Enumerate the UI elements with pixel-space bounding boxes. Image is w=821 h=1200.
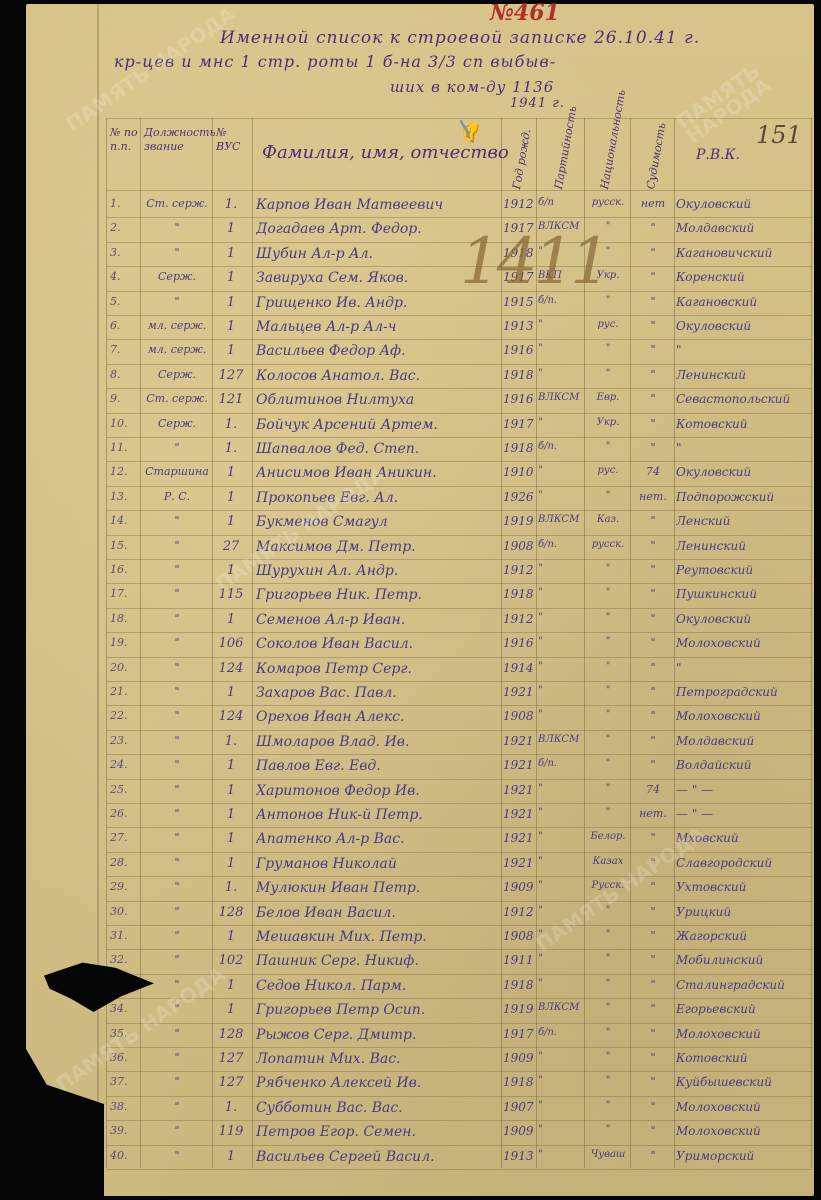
cell-num: 37.: [110, 1075, 140, 1088]
table-row: 40."1Васильев Сергей Васил.1913"Чуваш"Ур…: [106, 1146, 812, 1170]
cell-name: Шурухин Ал. Андр.: [256, 563, 501, 579]
cell-rvk: Окуловский: [676, 197, 810, 211]
header-rvk: Р.В.К.: [696, 148, 740, 162]
cell-name: Комаров Петр Серг.: [256, 661, 501, 677]
table-row: 17."115Григорьев Ник. Петр.1918"""Пушкин…: [106, 584, 812, 608]
page-fold: [97, 4, 99, 1196]
cell-party: ": [538, 563, 584, 574]
cell-num: 20.: [110, 661, 140, 674]
cell-num: 23.: [110, 734, 140, 747]
cell-name: Анисимов Иван Аникин.: [256, 465, 501, 481]
table-row: 33."1Седов Никол. Парм.1918"""Сталинград…: [106, 975, 812, 999]
cell-conv: нет.: [632, 807, 674, 820]
table-row: 12.Старшина1Анисимов Иван Аникин.1910"ру…: [106, 462, 812, 486]
header-rank: Должность звание: [144, 126, 210, 154]
table-row: 26."1Антонов Ник-й Петр.1921""нет.— " —: [106, 804, 812, 828]
table-row: 37."127Рябченко Алексей Ив.1918"""Куйбыш…: [106, 1072, 812, 1096]
cell-num: 5.: [110, 295, 140, 308]
cell-vus: 1: [214, 807, 248, 822]
cell-vus: 1: [214, 221, 248, 236]
cell-year: 1912: [503, 612, 537, 626]
header-conviction: Судимость: [644, 122, 669, 191]
cell-vus: 124: [214, 661, 248, 676]
table-row: 23."1.Шмоларов Влад. Ив.1921ВЛКСМ""Молда…: [106, 731, 812, 755]
cell-nat: ": [586, 1027, 630, 1038]
cell-name: Апатенко Ал-р Вас.: [256, 831, 501, 847]
cell-name: Субботин Вас. Вас.: [256, 1100, 501, 1116]
cell-party: ": [538, 417, 584, 428]
cell-rvk: Котовский: [676, 417, 810, 431]
table-row: 2."1Догадаев Арт. Федор.1917ВЛКСМ""Молда…: [106, 218, 812, 242]
table-row: 5."1Грищенко Ив. Андр.1915б/п.""Кагановс…: [106, 292, 812, 316]
cell-vus: 1: [214, 1002, 248, 1017]
cell-nat: ": [586, 441, 630, 452]
cell-party: ": [538, 685, 584, 696]
table-row: 30."128Белов Иван Васил.1912"""Урицкий: [106, 902, 812, 926]
cell-vus: 1: [214, 295, 248, 310]
cell-rank: ": [142, 1124, 212, 1137]
cell-nat: ": [586, 612, 630, 623]
stamp-number: №461: [490, 0, 560, 26]
cell-party: б/п.: [538, 1027, 584, 1038]
cell-name: Мальцев Ал-р Ал-ч: [256, 319, 501, 335]
cell-rank: ": [142, 1051, 212, 1064]
cell-party: ": [538, 807, 584, 818]
cell-conv: ": [632, 587, 674, 600]
cell-num: 11.: [110, 441, 140, 454]
cell-name: Облитинов Нилтуха: [256, 392, 501, 408]
cell-conv: нет.: [632, 490, 674, 503]
cell-num: 16.: [110, 563, 140, 576]
cell-year: 1909: [503, 880, 537, 894]
cell-name: Захаров Вас. Павл.: [256, 685, 501, 701]
cell-rank: ": [142, 929, 212, 942]
cell-party: ": [538, 343, 584, 354]
cell-rank: ": [142, 514, 212, 527]
cell-conv: ": [632, 880, 674, 893]
cell-name: Антонов Ник-й Петр.: [256, 807, 501, 823]
cell-num: 19.: [110, 636, 140, 649]
cell-rank: ": [142, 636, 212, 649]
cell-rank: ": [142, 758, 212, 771]
cell-num: 22.: [110, 709, 140, 722]
cell-conv: ": [632, 392, 674, 405]
cell-vus: 1: [214, 246, 248, 261]
cell-nat: ": [586, 905, 630, 916]
cell-year: 1918: [503, 368, 537, 382]
cell-rank: ": [142, 783, 212, 796]
cell-num: 14.: [110, 514, 140, 527]
cell-rvk: Урицкий: [676, 905, 810, 919]
cell-vus: 1.: [214, 441, 248, 456]
table-row: 32."102Пашник Серг. Никиф.1911"""Мобилин…: [106, 950, 812, 974]
cell-party: ": [538, 1100, 584, 1111]
cell-party: ": [538, 880, 584, 891]
cell-conv: ": [632, 270, 674, 283]
cell-rank: ": [142, 441, 212, 454]
table-row: 6.мл. серж.1Мальцев Ал-р Ал-ч1913"рус."О…: [106, 316, 812, 340]
cell-rank: ": [142, 612, 212, 625]
cell-num: 7.: [110, 343, 140, 356]
cell-party: б/п.: [538, 758, 584, 769]
table-row: 21."1Захаров Вас. Павл.1921"""Петроградс…: [106, 682, 812, 706]
cell-year: 1913: [503, 319, 537, 333]
cell-nat: ": [586, 953, 630, 964]
cell-nat: русск.: [586, 539, 630, 550]
cell-conv: ": [632, 1124, 674, 1137]
cell-num: 29.: [110, 880, 140, 893]
cell-name: Груманов Николай: [256, 856, 501, 872]
cell-rvk: Ленский: [676, 514, 810, 528]
cell-party: ": [538, 953, 584, 964]
cell-name: Васильев Федор Аф.: [256, 343, 501, 359]
cell-nat: ": [586, 661, 630, 672]
cell-name: Карпов Иван Матвеевич: [256, 197, 501, 213]
cell-rank: мл. серж.: [142, 343, 212, 356]
cell-name: Петров Егор. Семен.: [256, 1124, 501, 1140]
cell-nat: русск.: [586, 197, 630, 208]
header-year: Год рожд.: [510, 128, 534, 191]
cell-year: 1921: [503, 758, 537, 772]
cell-name: Мулюкин Иван Петр.: [256, 880, 501, 896]
cell-rvk: Подпорожский: [676, 490, 810, 504]
cell-vus: 1: [214, 563, 248, 578]
cell-num: 6.: [110, 319, 140, 332]
cell-year: 1909: [503, 1124, 537, 1138]
table-row: 16."1Шурухин Ал. Андр.1912"""Реутовский: [106, 560, 812, 584]
cell-vus: 1.: [214, 1100, 248, 1115]
cell-rank: ": [142, 953, 212, 966]
cell-vus: 27: [214, 539, 248, 554]
cell-rank: ": [142, 685, 212, 698]
cell-conv: 74: [632, 783, 674, 796]
cell-name: Орехов Иван Алекс.: [256, 709, 501, 725]
table-row: 24."1Павлов Евг. Евд.1921б/п.""Волдайски…: [106, 755, 812, 779]
cell-vus: 1: [214, 685, 248, 700]
cell-vus: 1: [214, 490, 248, 505]
cell-rvk: Молоховский: [676, 1124, 810, 1138]
cell-year: 1914: [503, 661, 537, 675]
cell-party: ": [538, 1051, 584, 1062]
cell-vus: 1: [214, 783, 248, 798]
cell-name: Рябченко Алексей Ив.: [256, 1075, 501, 1091]
cell-year: 1921: [503, 807, 537, 821]
cell-conv: ": [632, 978, 674, 991]
cell-rvk: Кагановичский: [676, 246, 810, 260]
cell-nat: ": [586, 343, 630, 354]
cell-rank: Р. С.: [142, 490, 212, 503]
cell-conv: ": [632, 539, 674, 552]
table-row: 31."1Мешавкин Мих. Петр.1908"""Жагорский: [106, 926, 812, 950]
cell-rvk: Ухтовский: [676, 880, 810, 894]
cell-party: б/п: [538, 197, 584, 208]
cell-name: Пашник Серг. Никиф.: [256, 953, 501, 969]
cell-year: 1907: [503, 1100, 537, 1114]
cell-year: 1921: [503, 783, 537, 797]
cell-nat: Каз.: [586, 514, 630, 525]
table-row: 22."124Орехов Иван Алекс.1908"""Молоховс…: [106, 706, 812, 730]
cell-rvk: Кагановский: [676, 295, 810, 309]
cell-year: 1921: [503, 831, 537, 845]
cell-nat: Укр.: [586, 417, 630, 428]
cell-conv: ": [632, 368, 674, 381]
cell-conv: ": [632, 636, 674, 649]
cell-nat: ": [586, 563, 630, 574]
cell-year: 1908: [503, 929, 537, 943]
cell-rank: ": [142, 295, 212, 308]
table-row: 38."1.Субботин Вас. Вас.1907"""Молоховск…: [106, 1097, 812, 1121]
cell-year: 1921: [503, 734, 537, 748]
cell-num: 4.: [110, 270, 140, 283]
cell-rank: ": [142, 978, 212, 991]
cell-rank: ": [142, 1149, 212, 1162]
cell-rank: Ст. серж.: [142, 197, 212, 210]
cell-name: Прокопьев Евг. Ал.: [256, 490, 501, 506]
cell-year: 1918: [503, 587, 537, 601]
cell-rvk: Молдавский: [676, 734, 810, 748]
cell-rvk: Котовский: [676, 1051, 810, 1065]
cell-rvk: Молоховский: [676, 1100, 810, 1114]
cell-rvk: Уриморский: [676, 1149, 810, 1163]
table-row: 10.Серж.1.Бойчук Арсений Артем.1917"Укр.…: [106, 414, 812, 438]
cell-rvk: Коренский: [676, 270, 810, 284]
cell-vus: 1: [214, 831, 248, 846]
cell-nat: ": [586, 587, 630, 598]
cell-vus: 1: [214, 465, 248, 480]
cell-name: Соколов Иван Васил.: [256, 636, 501, 652]
cell-party: ": [538, 1124, 584, 1135]
table-row: 28."1Груманов Николай1921"Казах"Славгоро…: [106, 853, 812, 877]
cell-vus: 1: [214, 1149, 248, 1164]
cell-conv: ": [632, 905, 674, 918]
table-row: 39."119Петров Егор. Семен.1909"""Молохов…: [106, 1121, 812, 1145]
cell-year: 1908: [503, 539, 537, 553]
cell-num: 1.: [110, 197, 140, 210]
cell-year: 1913: [503, 1149, 537, 1163]
cell-conv: ": [632, 1051, 674, 1064]
cell-nat: Казах: [586, 856, 630, 867]
cell-num: 39.: [110, 1124, 140, 1137]
cell-rank: ": [142, 1027, 212, 1040]
cell-name: Бойчук Арсений Артем.: [256, 417, 501, 433]
cell-rank: Ст. серж.: [142, 392, 212, 405]
header-line-2: кр-цев и мнс 1 стр. роты 1 б-на 3/3 сп в…: [114, 52, 556, 71]
cell-party: ВЛКСМ: [538, 1002, 584, 1013]
cell-num: 28.: [110, 856, 140, 869]
cell-conv: ": [632, 1075, 674, 1088]
cell-name: Васильев Сергей Васил.: [256, 1149, 501, 1165]
header-num: № по п.п.: [110, 126, 138, 154]
header-name: Фамилия, имя, отчество: [262, 146, 509, 160]
cell-num: 17.: [110, 587, 140, 600]
table-row: 20."124Комаров Петр Серг.1914"""": [106, 658, 812, 682]
cell-conv: нет: [632, 197, 674, 210]
cell-vus: 127: [214, 1075, 248, 1090]
cell-party: ": [538, 1149, 584, 1160]
cell-num: 2.: [110, 221, 140, 234]
cell-rvk: Окуловский: [676, 465, 810, 479]
table-row: 11."1.Шапвалов Фед. Степ.1918б/п.""": [106, 438, 812, 462]
cell-year: 1916: [503, 636, 537, 650]
cell-nat: рус.: [586, 319, 630, 330]
cell-rank: Старшина: [142, 465, 212, 478]
table-row: 35."128Рыжов Серг. Дмитр.1917б/п.""Молох…: [106, 1024, 812, 1048]
cell-nat: Белор.: [586, 831, 630, 842]
cell-conv: ": [632, 1149, 674, 1162]
cell-conv: ": [632, 246, 674, 259]
cell-rank: Серж.: [142, 270, 212, 283]
cell-vus: 1: [214, 343, 248, 358]
cell-rvk: Славгородский: [676, 856, 810, 870]
cell-conv: ": [632, 709, 674, 722]
cell-conv: ": [632, 734, 674, 747]
table-row: 13.Р. С.1Прокопьев Евг. Ал.1926""нет.Под…: [106, 487, 812, 511]
cell-num: 35.: [110, 1027, 140, 1040]
cell-num: 38.: [110, 1100, 140, 1113]
cell-name: Павлов Евг. Евд.: [256, 758, 501, 774]
cell-name: Белов Иван Васил.: [256, 905, 501, 921]
cell-name: Колосов Анатол. Вас.: [256, 368, 501, 384]
cell-conv: ": [632, 441, 674, 454]
table-row: 4.Серж.1Завируха Сем. Яков.1917ВКПУкр."К…: [106, 267, 812, 291]
cell-vus: 1.: [214, 880, 248, 895]
cell-conv: ": [632, 661, 674, 674]
cell-nat: ": [586, 1124, 630, 1135]
cell-vus: 1: [214, 929, 248, 944]
cell-rvk: Петроградский: [676, 685, 810, 699]
cell-nat: Евр.: [586, 392, 630, 403]
cell-name: Григорьев Петр Осип.: [256, 1002, 501, 1018]
cell-year: 1917: [503, 417, 537, 431]
cell-rvk: Куйбышевский: [676, 1075, 810, 1089]
document-header: №461 Именной список к строевой записке 2…: [110, 0, 810, 115]
pencil-overlay-number: 1411: [460, 225, 607, 299]
cell-party: ": [538, 831, 584, 842]
header-vus: № ВУС: [216, 126, 250, 154]
cell-num: 12.: [110, 465, 140, 478]
header-line-1: Именной список к строевой записке 26.10.…: [220, 28, 700, 48]
table-row: 7.мл. серж.1Васильев Федор Аф.1916"""": [106, 340, 812, 364]
cell-party: ": [538, 978, 584, 989]
cell-rank: ": [142, 661, 212, 674]
cell-rvk: Мховский: [676, 831, 810, 845]
cell-rank: ": [142, 856, 212, 869]
cell-rvk: Окуловский: [676, 612, 810, 626]
cell-party: ": [538, 929, 584, 940]
cell-num: 27.: [110, 831, 140, 844]
cell-nat: рус.: [586, 465, 630, 476]
cell-nat: ": [586, 636, 630, 647]
cell-nat: Чуваш: [586, 1149, 630, 1160]
cell-year: 1919: [503, 514, 537, 528]
cell-rvk: Молоховский: [676, 709, 810, 723]
cell-num: 21.: [110, 685, 140, 698]
cell-num: 3.: [110, 246, 140, 259]
cell-num: 25.: [110, 783, 140, 796]
cell-conv: ": [632, 953, 674, 966]
cell-vus: 1: [214, 758, 248, 773]
table-row: 19."106Соколов Иван Васил.1916"""Молохов…: [106, 633, 812, 657]
rvk-number: 151: [756, 128, 802, 142]
cell-year: 1918: [503, 1075, 537, 1089]
personnel-table: № по п.п. Должность звание № ВУС Фамилия…: [106, 118, 812, 1168]
cell-year: 1911: [503, 953, 537, 967]
cell-year: 1912: [503, 197, 537, 211]
table-row: 8.Серж.127Колосов Анатол. Вас.1918"""Лен…: [106, 365, 812, 389]
cell-vus: 1: [214, 856, 248, 871]
cell-nat: ": [586, 1100, 630, 1111]
cell-rvk: Сталинградский: [676, 978, 810, 992]
cell-name: Мешавкин Мих. Петр.: [256, 929, 501, 945]
cell-name: Максимов Дм. Петр.: [256, 539, 501, 555]
table-row: 1.Ст. серж.1.Карпов Иван Матвеевич1912б/…: [106, 194, 812, 218]
cell-party: ВЛКСМ: [538, 392, 584, 403]
cell-vus: 1.: [214, 197, 248, 212]
cell-party: ": [538, 368, 584, 379]
cell-vus: 1: [214, 978, 248, 993]
cell-rvk: Молоховский: [676, 1027, 810, 1041]
cell-nat: ": [586, 1002, 630, 1013]
cell-rvk: — " —: [676, 783, 810, 797]
cell-nat: ": [586, 490, 630, 501]
header-line-3: ших в ком-ду 1136: [390, 78, 554, 96]
cell-nat: ": [586, 783, 630, 794]
cell-vus: 1.: [214, 417, 248, 432]
cell-party: ": [538, 612, 584, 623]
cell-year: 1918: [503, 978, 537, 992]
cell-year: 1921: [503, 685, 537, 699]
cell-vus: 127: [214, 1051, 248, 1066]
cell-num: 34.: [110, 1002, 140, 1015]
cell-year: 1917: [503, 1027, 537, 1041]
cell-party: ": [538, 905, 584, 916]
cell-name: Лопатин Мих. Вас.: [256, 1051, 501, 1067]
cell-rvk: ": [676, 441, 810, 455]
cell-conv: ": [632, 1002, 674, 1015]
table-row: 34."1Григорьев Петр Осип.1919ВЛКСМ""Егор…: [106, 999, 812, 1023]
cell-num: 26.: [110, 807, 140, 820]
cell-rank: ": [142, 539, 212, 552]
cell-rvk: Мобилинский: [676, 953, 810, 967]
cell-name: Григорьев Ник. Петр.: [256, 587, 501, 603]
cell-vus: 115: [214, 587, 248, 602]
cell-name: Семенов Ал-р Иван.: [256, 612, 501, 628]
cell-num: 40.: [110, 1149, 140, 1162]
cell-rvk: Егорьевский: [676, 1002, 810, 1016]
cell-rvk: Пушкинский: [676, 587, 810, 601]
cell-num: 15.: [110, 539, 140, 552]
cell-conv: ": [632, 343, 674, 356]
cell-conv: ": [632, 612, 674, 625]
cell-conv: ": [632, 1100, 674, 1113]
cell-year: 1919: [503, 1002, 537, 1016]
table-row: 29."1.Мулюкин Иван Петр.1909"Русск."Ухто…: [106, 877, 812, 901]
cell-num: 10.: [110, 417, 140, 430]
cell-num: 30.: [110, 905, 140, 918]
cell-year: 1918: [503, 441, 537, 455]
table-row: 27."1Апатенко Ал-р Вас.1921"Белор."Мховс…: [106, 828, 812, 852]
table-row: 18."1Семенов Ал-р Иван.1912"""Окуловский: [106, 609, 812, 633]
cell-rank: ": [142, 709, 212, 722]
cell-num: 13.: [110, 490, 140, 503]
cell-rank: ": [142, 563, 212, 576]
cell-vus: 1.: [214, 734, 248, 749]
cell-nat: ": [586, 929, 630, 940]
cell-rank: ": [142, 1075, 212, 1088]
cell-num: 36.: [110, 1051, 140, 1064]
cell-conv: ": [632, 685, 674, 698]
cell-vus: 1: [214, 270, 248, 285]
